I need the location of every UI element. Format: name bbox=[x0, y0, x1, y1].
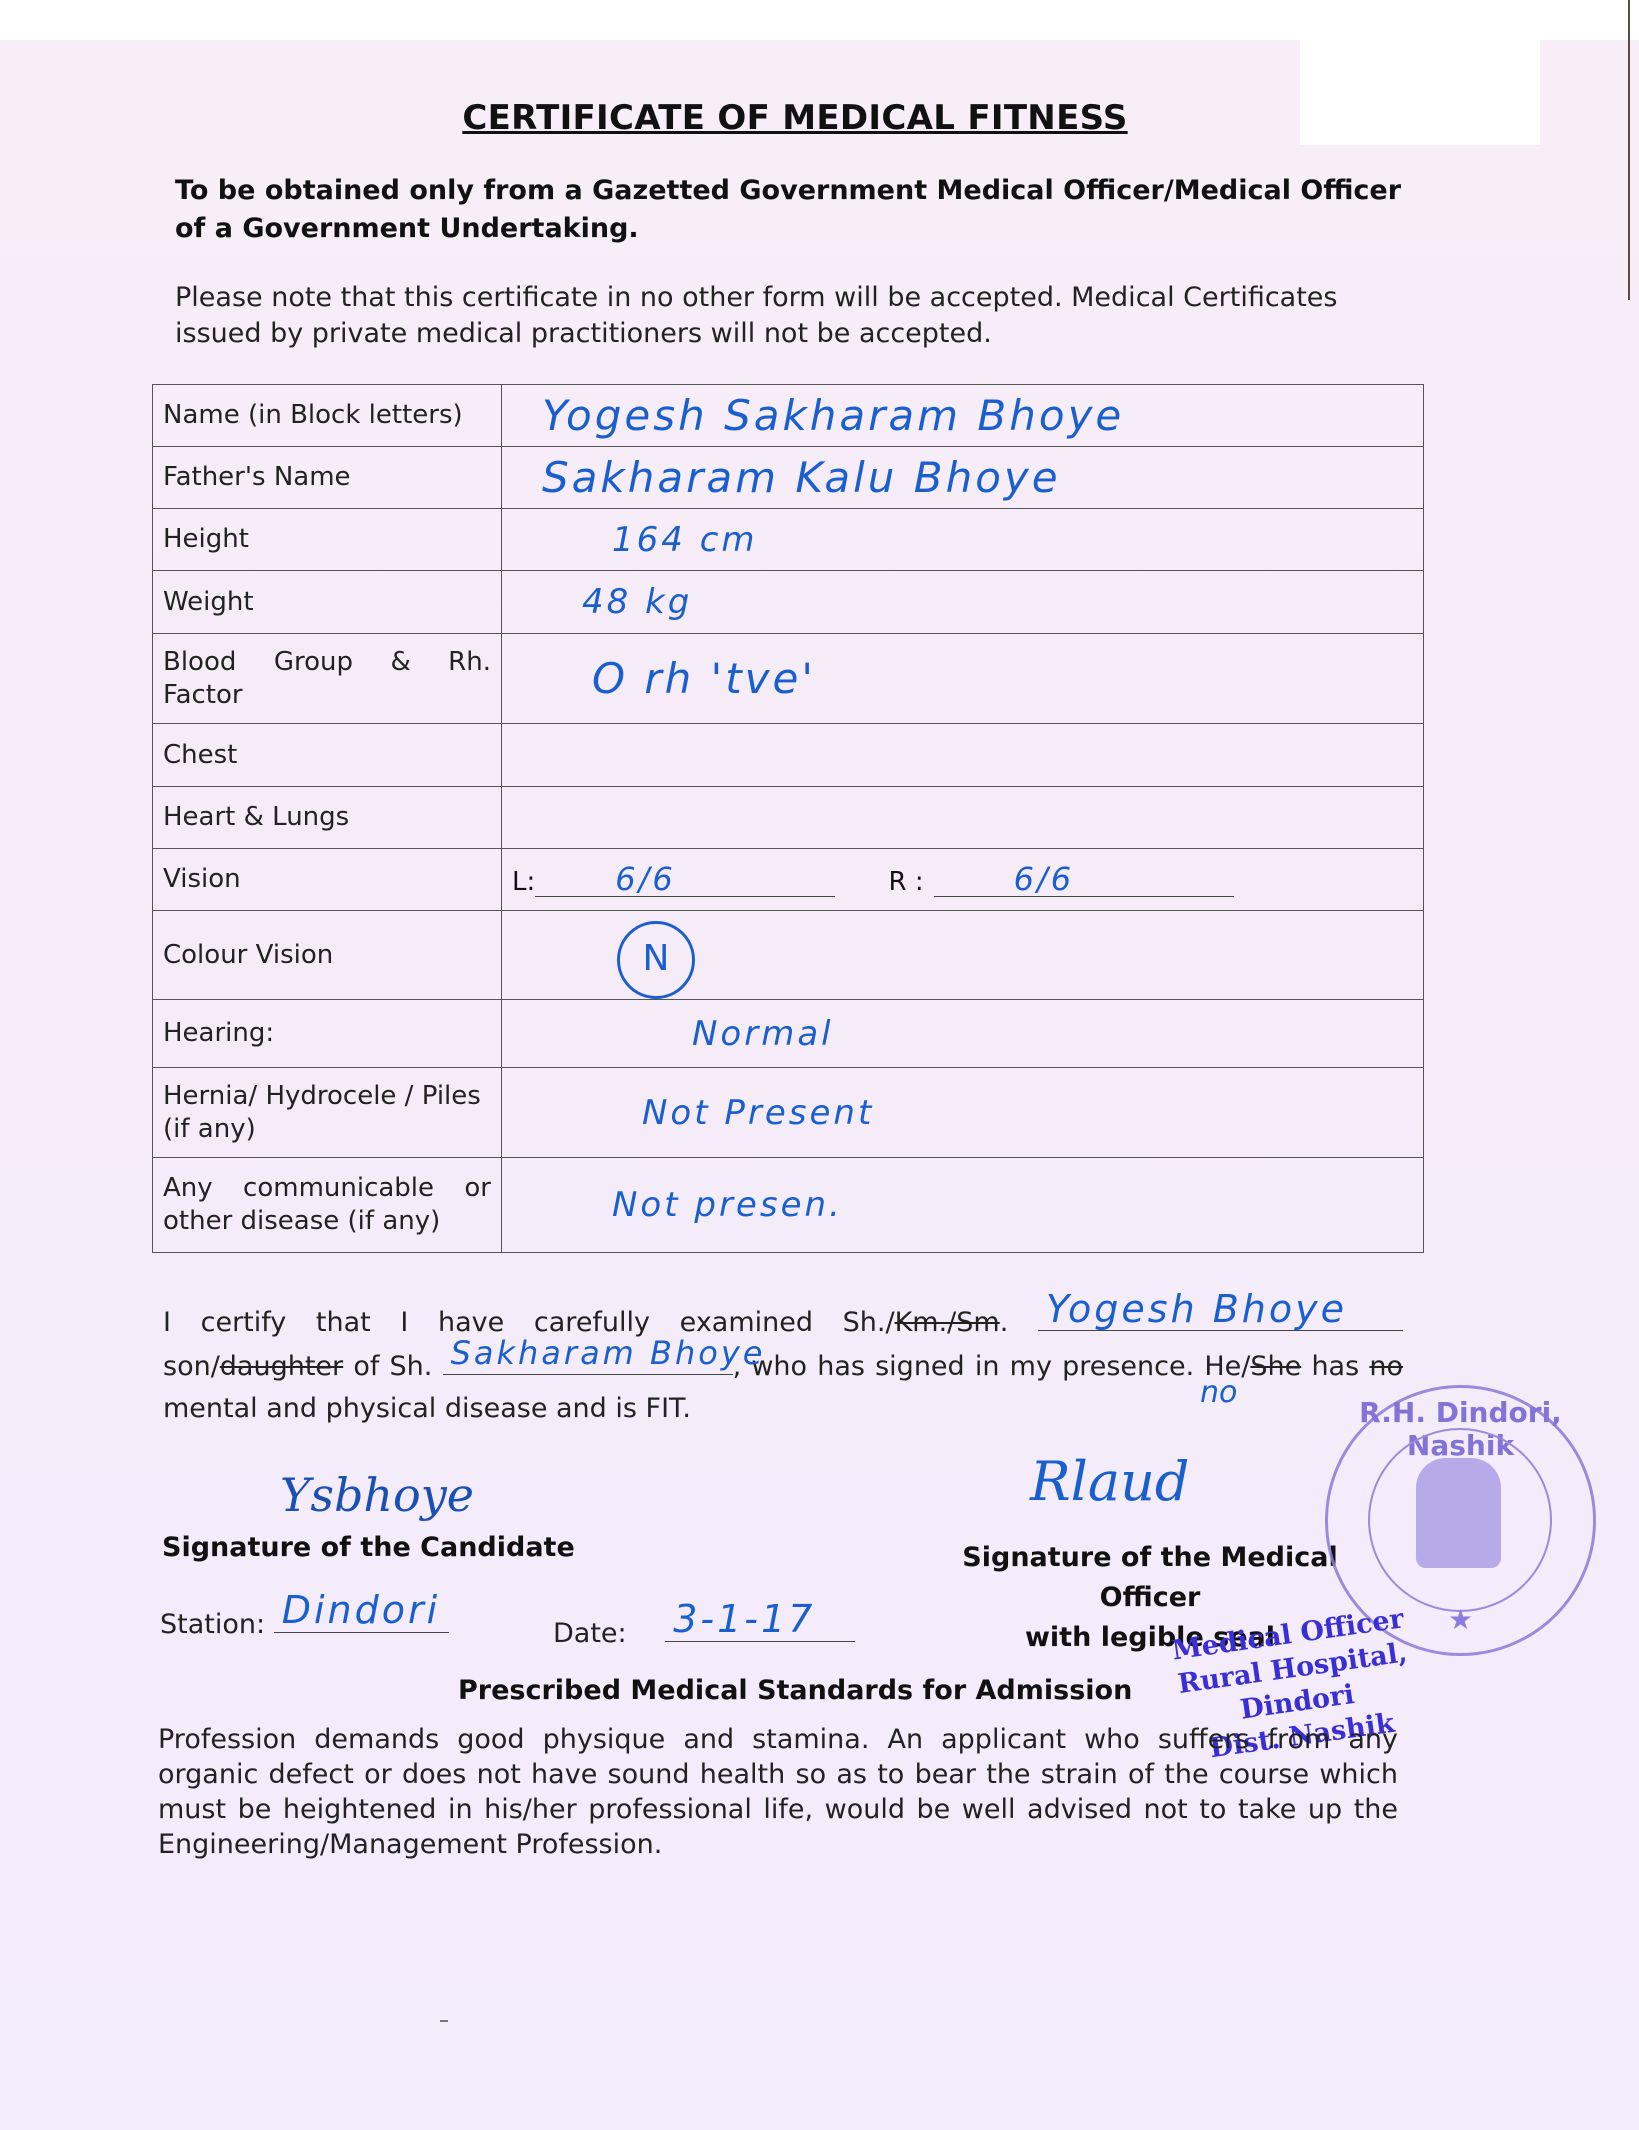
field-value-communicable-disease: Not presen. bbox=[502, 1158, 1424, 1253]
table-row: Hearing: Normal bbox=[153, 1000, 1424, 1068]
table-row: Father's Name Sakharam Kalu Bhoye bbox=[153, 447, 1424, 509]
table-row: Blood Group & Rh. Factor O rh 'tve' bbox=[153, 634, 1424, 724]
handwritten-colour-vision: N bbox=[617, 921, 695, 999]
handwritten-vision-left: 6/6 bbox=[615, 860, 676, 898]
scan-edge bbox=[1628, 0, 1630, 300]
candidate-signature-label: Signature of the Candidate bbox=[162, 1532, 575, 1563]
table-row: Vision L:6/6 R :6/6 bbox=[153, 849, 1424, 911]
cert-text: . bbox=[1000, 1307, 1009, 1338]
field-value-heart-lungs bbox=[502, 787, 1424, 849]
date-label: Date: bbox=[553, 1618, 627, 1649]
cert-text: of Sh. bbox=[343, 1351, 432, 1382]
field-label-height: Height bbox=[153, 509, 502, 571]
field-label-hearing: Hearing: bbox=[153, 1000, 502, 1068]
label-line: other disease (if any) bbox=[163, 1205, 491, 1238]
candidate-signature: Ysbhoye bbox=[280, 1468, 474, 1522]
vision-left-label: L: bbox=[512, 867, 535, 897]
handwritten-examinee: Yogesh Bhoye bbox=[1046, 1288, 1347, 1330]
handwritten-blood-group: O rh 'tve' bbox=[592, 654, 816, 703]
medical-officer-signature: Rlaud bbox=[1030, 1450, 1189, 1513]
table-row: Heart & Lungs bbox=[153, 787, 1424, 849]
field-label-weight: Weight bbox=[153, 571, 502, 634]
field-value-weight: 48 kg bbox=[502, 571, 1424, 634]
handwritten-name: Yogesh Sakharam Bhoye bbox=[542, 391, 1124, 440]
handwritten-date: 3-1-17 bbox=[673, 1597, 815, 1641]
field-label-name: Name (in Block letters) bbox=[153, 385, 502, 447]
field-label-colour-vision: Colour Vision bbox=[153, 911, 502, 1000]
cert-text: son/ bbox=[163, 1351, 220, 1382]
label-line: Signature of the Medical Officer bbox=[915, 1538, 1385, 1618]
field-value-hearing: Normal bbox=[502, 1000, 1424, 1068]
vision-right-label: R : bbox=[889, 867, 924, 897]
field-value-blood-group: O rh 'tve' bbox=[502, 634, 1424, 724]
field-label-father: Father's Name bbox=[153, 447, 502, 509]
handwritten-correction: no bbox=[1200, 1375, 1237, 1410]
label-line: Blood Group & Rh. bbox=[163, 647, 491, 677]
field-label-blood-group: Blood Group & Rh. Factor bbox=[153, 634, 502, 724]
scan-artifact bbox=[440, 2020, 448, 2022]
handwritten-father-name: Sakharam Kalu Bhoye bbox=[542, 453, 1061, 502]
national-emblem-icon bbox=[1416, 1458, 1501, 1568]
handwritten-height: 164 cm bbox=[612, 520, 758, 560]
cert-text: mental and physical disease and is FIT. bbox=[163, 1393, 691, 1424]
field-value-hernia: Not Present bbox=[502, 1068, 1424, 1158]
handwritten-hernia: Not Present bbox=[642, 1093, 874, 1133]
handwritten-hearing: Normal bbox=[692, 1014, 834, 1054]
struck-text: Km./Sm bbox=[895, 1307, 1000, 1338]
label-line: Any communicable or bbox=[163, 1173, 491, 1203]
struck-text: She bbox=[1250, 1351, 1301, 1382]
station-label: Station: bbox=[160, 1609, 265, 1640]
standards-title: Prescribed Medical Standards for Admissi… bbox=[458, 1675, 1132, 1706]
handwritten-weight: 48 kg bbox=[582, 582, 692, 622]
star-icon: ★ bbox=[1448, 1603, 1473, 1636]
cert-text: has bbox=[1301, 1351, 1369, 1382]
field-label-hernia: Hernia/ Hydrocele / Piles (if any) bbox=[153, 1068, 502, 1158]
table-row: Chest bbox=[153, 724, 1424, 787]
date-field: Date: 3-1-17 bbox=[553, 1605, 855, 1649]
field-label-vision: Vision bbox=[153, 849, 502, 911]
standards-body: Profession demands good physique and sta… bbox=[158, 1722, 1398, 1862]
table-row: Any communicable or other disease (if an… bbox=[153, 1158, 1424, 1253]
label-line: Hernia/ Hydrocele / Piles bbox=[163, 1081, 481, 1111]
table-row: Name (in Block letters) Yogesh Sakharam … bbox=[153, 385, 1424, 447]
field-label-heart-lungs: Heart & Lungs bbox=[153, 787, 502, 849]
vision-right-field: 6/6 bbox=[934, 862, 1234, 897]
field-value-father: Sakharam Kalu Bhoye bbox=[502, 447, 1424, 509]
table-row: Height 164 cm bbox=[153, 509, 1424, 571]
father-name-field: Sakharam Bhoye bbox=[443, 1344, 733, 1375]
document-title: CERTIFICATE OF MEDICAL FITNESS bbox=[0, 98, 1590, 138]
cert-text: , who has signed in my presence. He/ bbox=[733, 1351, 1251, 1382]
handwritten-father: Sakharam Bhoye bbox=[451, 1332, 766, 1374]
field-value-vision: L:6/6 R :6/6 bbox=[502, 849, 1424, 911]
table-row: Hernia/ Hydrocele / Piles (if any) Not P… bbox=[153, 1068, 1424, 1158]
field-value-colour-vision: N bbox=[502, 911, 1424, 1000]
handwritten-vision-right: 6/6 bbox=[1014, 860, 1075, 898]
table-row: Weight 48 kg bbox=[153, 571, 1424, 634]
field-label-chest: Chest bbox=[153, 724, 502, 787]
field-label-communicable-disease: Any communicable or other disease (if an… bbox=[153, 1158, 502, 1253]
handwritten-communicable-disease: Not presen. bbox=[612, 1185, 843, 1225]
station-field: Station: Dindori bbox=[160, 1600, 449, 1640]
vision-left-field: 6/6 bbox=[535, 862, 835, 897]
field-value-chest bbox=[502, 724, 1424, 787]
struck-text: daughter bbox=[220, 1351, 343, 1382]
issuer-instruction: To be obtained only from a Gazetted Gove… bbox=[175, 172, 1415, 248]
field-value-name: Yogesh Sakharam Bhoye bbox=[502, 385, 1424, 447]
field-value-height: 164 cm bbox=[502, 509, 1424, 571]
handwritten-station: Dindori bbox=[282, 1588, 440, 1632]
acceptance-note: Please note that this certificate in no … bbox=[175, 280, 1415, 352]
date-blank: 3-1-17 bbox=[665, 1605, 855, 1642]
examinee-name-field: Yogesh Bhoye bbox=[1038, 1300, 1403, 1331]
station-blank: Dindori bbox=[274, 1600, 449, 1633]
label-line: (if any) bbox=[163, 1114, 256, 1144]
label-line: Factor bbox=[163, 679, 491, 712]
table-row: Colour Vision N bbox=[153, 911, 1424, 1000]
medical-details-table: Name (in Block letters) Yogesh Sakharam … bbox=[152, 384, 1424, 1253]
struck-text: no bbox=[1369, 1351, 1403, 1382]
certification-statement: I certify that I have carefully examined… bbox=[163, 1300, 1403, 1430]
